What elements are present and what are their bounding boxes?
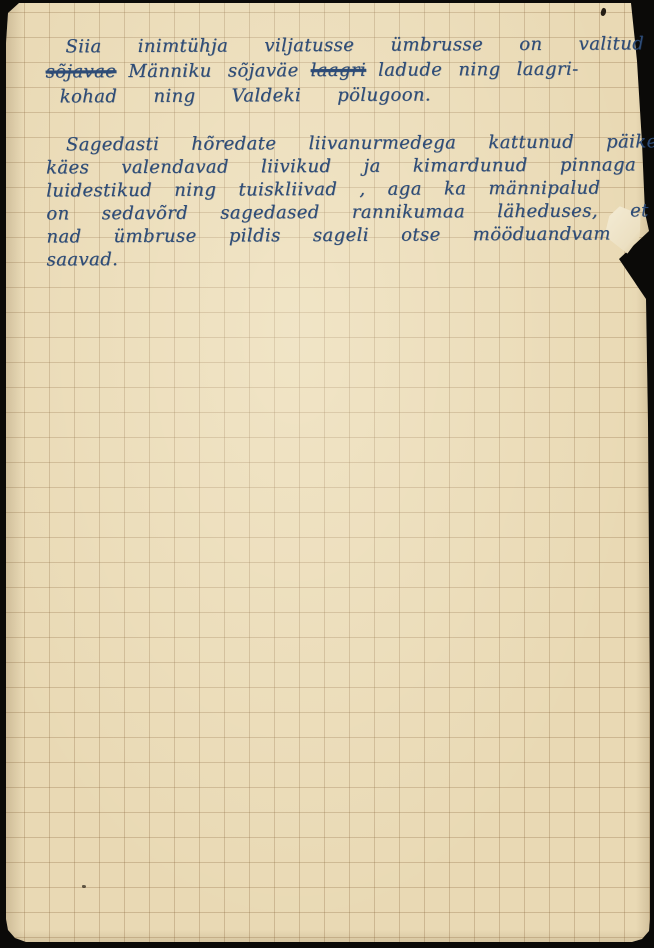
handwritten-segment: ladude ning laagri- [378,59,579,81]
paragraph-1: Siia inimtühja viljatusse ümbrusse on va… [45,32,613,110]
handwritten-line: on sedavõrd sagedased rannikumaa lähedus… [46,200,614,226]
handwritten-line: Sagedasti hõredate liivanurmedega kattun… [46,131,614,157]
scan-background: Siia inimtühja viljatusse ümbrusse on va… [0,0,654,948]
handwritten-line: saavad. [47,246,615,272]
struck-word: laagri [311,60,367,81]
struck-word: sõjavae [46,61,117,82]
handwritten-line: luidestikud ning tuiskliivad , aga ka mä… [46,177,614,203]
handwritten-segment: Männiku sõjaväe [128,60,298,82]
handwritten-line: käes valendavad liivikud ja kimardunud p… [46,154,614,180]
handwritten-line: nad ümbruse pildis sageli otse mööduandv… [46,223,614,249]
handwritten-line: Siia inimtühja viljatusse ümbrusse on va… [45,32,613,60]
handwritten-line: kohad ning Valdeki pölugoon. [46,82,614,110]
paper-speck [82,885,86,888]
handwritten-line: sõjavaeMänniku sõjaväelaagriladude ning … [46,57,614,85]
handwriting: Siia inimtühja viljatusse ümbrusse on va… [45,32,614,272]
paragraph-2: Sagedasti hõredate liivanurmedega kattun… [46,131,615,272]
